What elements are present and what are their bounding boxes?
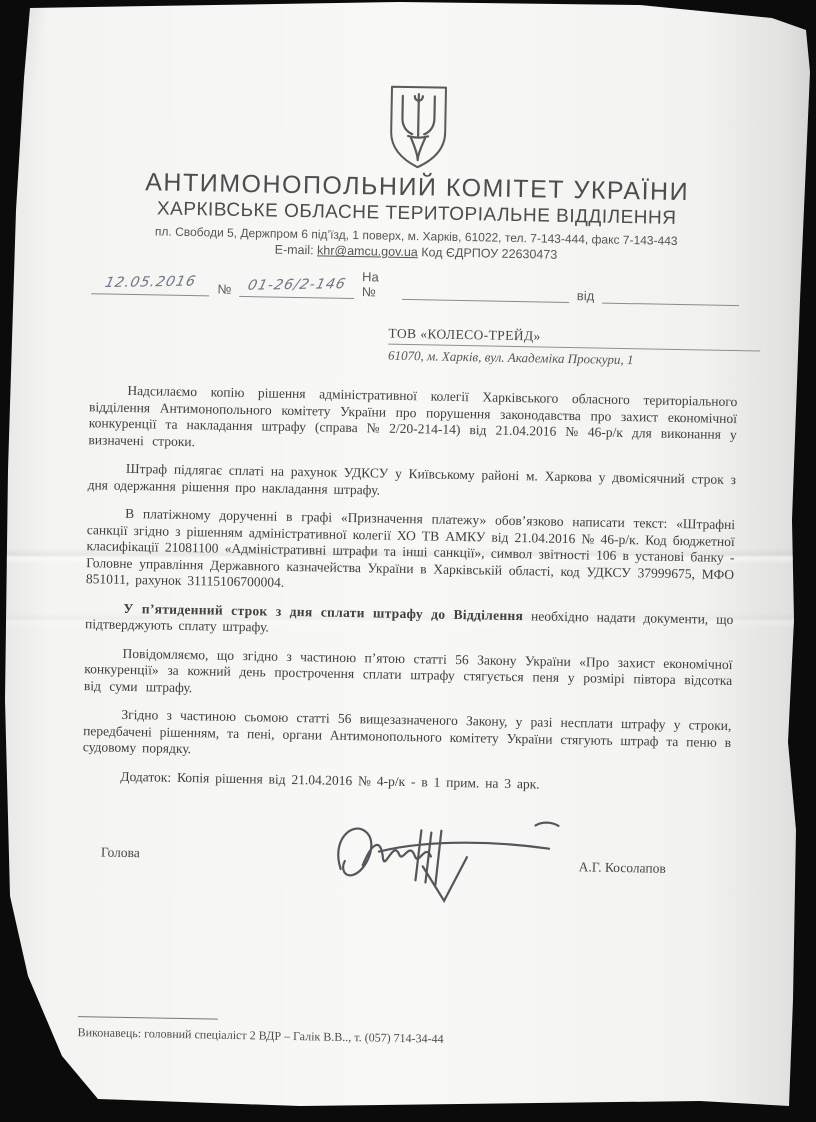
signer-name: А.Г. Косолапов [579,860,666,878]
recipient-name: ТОВ «КОЛЕСО-ТРЕЙД» [388,326,760,352]
signer-title: Голова [101,845,140,862]
attachment-line: Додаток: Копія рішення від 21.04.2016 № … [82,768,730,796]
email-label: E-mail: [275,243,314,258]
letter-content: АНТИМОНОПОЛЬНИЙ КОМІТЕТ УКРАЇНИ ХАРКІВСЬ… [30,15,772,1108]
body-paragraph-6: Згідно з частиною сьомою статті 56 вищез… [83,706,732,767]
edrpou-code: Код ЄДРПОУ 22630473 [421,246,557,262]
recipient-block: ТОВ «КОЛЕСО-ТРЕЙД» 61070, м. Харків, вул… [388,326,761,371]
ukraine-trident-emblem-icon [386,84,450,171]
handwritten-number: 01-26/2-146 [246,276,348,294]
number-label: № [217,282,231,297]
outgoing-date-field: 12.05.2016 [91,273,210,296]
body-paragraph-2: Штраф підлягає сплаті на рахунок УДКСУ у… [88,460,736,505]
handwritten-date: 12.05.2016 [103,274,198,291]
body-paragraph-1: Надсилаємо копію рішення адміністративно… [88,382,737,460]
signature-block: Голова А.Г. Косолапов [80,810,730,914]
incoming-date-field [602,283,739,307]
incoming-label: На № [362,269,395,300]
email-address: khr@amcu.gov.ua [317,244,418,260]
body-paragraph-5: Повідомляємо, що згідно з частиною п’ято… [84,645,733,706]
letter-body: Надсилаємо копію рішення адміністративно… [82,382,737,796]
executor-line: Виконавець: головний спеціаліст 2 ВДР – … [77,1025,697,1051]
footer-divider [78,1016,218,1020]
signature-scribble [320,809,572,910]
body-paragraph-4: У п’ятиденний строк з дня сплати штрафу … [85,600,733,645]
recipient-address: 61070, м. Харків, вул. Академіка Проскур… [388,348,760,371]
outgoing-number-field: 01-26/2-146 [239,276,354,299]
incoming-number-field [402,279,569,303]
letter-footer: Виконавець: головний спеціаліст 2 ВДР – … [77,1016,697,1051]
from-label: від [577,288,595,303]
reference-line: 12.05.2016 № 01-26/2-146 На № від [91,268,739,306]
body-paragraph-3: В платіжному дорученні в графі «Призначе… [86,505,735,599]
